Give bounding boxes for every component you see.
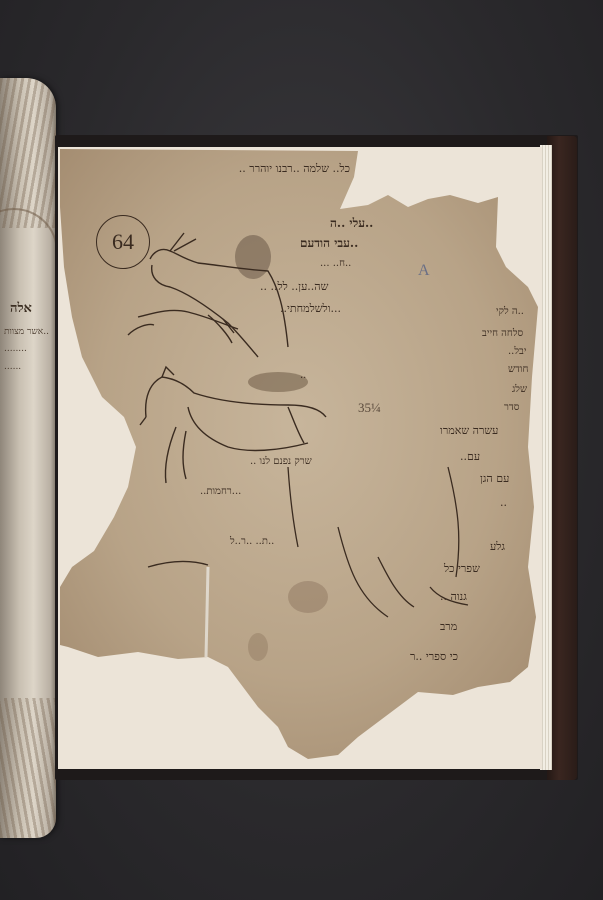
right-column-line: עם.. xyxy=(460,450,480,463)
ornament-border-bottom xyxy=(0,698,56,838)
left-page-line: ........ xyxy=(4,344,27,354)
right-column-line: סלחה חייב xyxy=(482,328,523,339)
right-column-line: גנוה .. xyxy=(440,590,467,603)
right-column-line: שלג xyxy=(512,384,527,395)
letter-mark: A xyxy=(418,262,430,280)
shelf-mark: 35¼ xyxy=(358,400,381,416)
left-page-heading: אלה xyxy=(10,300,32,316)
right-column-line: עם הגן xyxy=(480,472,509,485)
top-inscription: כל.. שלמה ..רבנו יוהרר .. xyxy=(110,162,350,175)
middle-line: שה..ען.. לל.. .. xyxy=(260,280,328,293)
middle-line: ...רחמות.. xyxy=(200,486,241,497)
middle-line: שרק נפנם לנו .. xyxy=(250,456,312,467)
left-page-curl: אלה אשר מצוות.. ........ ...... xyxy=(0,78,56,838)
right-column-line: כי ספרי ..ר xyxy=(410,650,458,663)
middle-line: ..עבי הודעם xyxy=(300,236,358,251)
right-column-line: ..ה לקי xyxy=(496,306,524,317)
left-page-line: ...... xyxy=(4,362,21,372)
middle-line: ..ת.. ..ר..ל xyxy=(230,536,274,547)
right-column-line: סדר xyxy=(504,402,519,413)
right-column-line: גלע xyxy=(490,540,505,553)
middle-line: ..ח.. ... xyxy=(320,258,351,269)
right-column-line: מרב xyxy=(440,620,457,633)
right-column-line: שפרי כל xyxy=(444,562,480,575)
right-column-line: .. xyxy=(500,496,507,509)
middle-line: .. xyxy=(300,370,306,381)
right-column-line: עשרה שאמרו xyxy=(440,424,498,437)
middle-line: ...ולשלמחתי.. xyxy=(280,302,341,315)
right-column-line: חודש xyxy=(508,364,528,375)
folio-number: 64 xyxy=(96,215,150,269)
right-column-line: יבל.. xyxy=(508,346,526,357)
left-page-line: אשר מצוות.. xyxy=(4,326,49,337)
ornament-border-top xyxy=(0,78,56,228)
middle-line: ..עלי ..ה xyxy=(330,216,373,231)
